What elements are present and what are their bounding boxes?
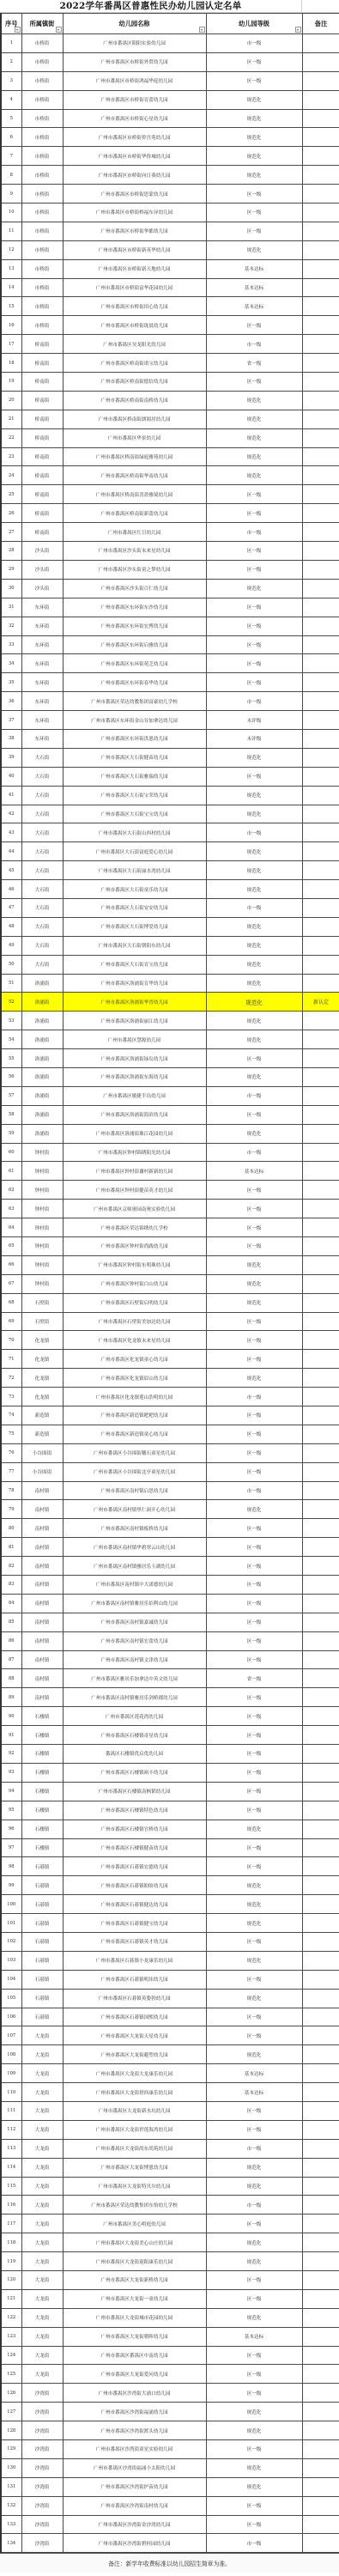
cell-level: 区一级 <box>206 485 302 504</box>
cell-index: 5 <box>1 109 21 128</box>
cell-index: 42 <box>1 805 21 823</box>
cell-town: 钟村街 <box>21 1200 63 1218</box>
table-row: 20 桥南街 广州市番禺区桥南街南桥幼儿园 规范化 <box>1 391 339 410</box>
cell-kindergarten-name: 广州市番禺区大石街健苗幼儿园 <box>63 748 206 767</box>
cell-town: 沙湾街 <box>21 2496 63 2515</box>
cell-level: 区一级 <box>206 1932 302 1951</box>
cell-town: 市桥街 <box>21 128 63 147</box>
cell-town: 桥南街 <box>21 523 63 542</box>
cell-kindergarten-name: 广州市番禺区东环街苑芝幼儿园 <box>63 654 206 673</box>
cell-note <box>302 1726 339 1745</box>
cell-kindergarten-name: 广州市番禺区石碁镇健宝幼儿园 <box>63 1914 206 1933</box>
cell-town: 大龙街 <box>21 2346 63 2365</box>
cell-index: 50 <box>1 955 21 974</box>
cell-note <box>302 466 339 485</box>
cell-kindergarten-name: 广州市番禺区南村镇板桥幼儿园 <box>63 1519 206 1538</box>
cell-level: 区一级 <box>206 52 302 71</box>
cell-level: 规范化 <box>206 1274 302 1293</box>
cell-town: 南村镇 <box>21 1538 63 1557</box>
cell-town: 大龙街 <box>21 2064 63 2083</box>
table-row: 16 市桥街 广州市番禺区市桥街珑晨幼儿园 区一级 <box>1 316 339 335</box>
cell-note <box>302 729 339 748</box>
cell-note: 新认定 <box>302 993 339 1012</box>
cell-index: 54 <box>1 1030 21 1049</box>
cell-kindergarten-name: 广州市番禺区南村镇启思幼儿园 <box>63 1481 206 1500</box>
cell-note <box>302 128 339 147</box>
cell-level: 区一级 <box>206 598 302 617</box>
cell-index: 23 <box>1 447 21 466</box>
cell-level: 区一级 <box>206 71 302 90</box>
cell-note <box>302 109 339 128</box>
cell-index: 29 <box>1 560 21 579</box>
cell-town: 大龙街 <box>21 2252 63 2271</box>
cell-town: 大龙街 <box>21 2289 63 2308</box>
table-row: 55 洛浦街 广州市番禺区洛浦街绿岛幼儿园 区一级 <box>1 1049 339 1068</box>
cell-kindergarten-name: 广州市番禺区大石街朝阳东幼儿园 <box>63 936 206 955</box>
cell-index: 63 <box>1 1200 21 1218</box>
cell-kindergarten-name: 广州市番禺区钟村街健苗英才幼儿园 <box>63 1181 206 1200</box>
cell-index: 78 <box>1 1481 21 1500</box>
cell-kindergarten-name: 广州市番禺区石楼镇健苗幼儿园 <box>63 1838 206 1857</box>
table-row: 48 大石街 广州市番禺区大石街博爱幼儿园 规范化 <box>1 917 339 936</box>
cell-town: 市桥街 <box>21 34 63 53</box>
cell-kindergarten-name: 广州市番禺区大石街山西村幼儿园 <box>63 823 206 842</box>
cell-level: 区一级 <box>206 1105 302 1124</box>
table-row: 79 南村镇 广州市番禺区南村镇里仁洞开心幼儿园 规范化 <box>1 1500 339 1519</box>
cell-level: 区一级 <box>206 1350 302 1369</box>
cell-kindergarten-name: 广州市番禺区大龙街傍西康乐幼儿园 <box>63 2083 206 2102</box>
table-row: 17 桥南街 广州市番禺区昊龙阳光幼儿园 市一级 <box>1 335 339 354</box>
cell-town: 市桥街 <box>21 147 63 166</box>
cell-kindergarten-name: 广州市番禺区桥南街朗阅居幼儿园 <box>63 410 206 428</box>
cell-town: 南村镇 <box>21 1631 63 1650</box>
table-row: 50 大石街 广州市番禺区大石街育宝幼儿园 规范化 <box>1 955 339 974</box>
cell-index: 132 <box>1 2496 21 2515</box>
cell-kindergarten-name: 广州市番禺区大龙街世莲海湾幼儿园 <box>63 2120 206 2139</box>
table-row: 69 石壁街 广州市番禺区石壁街美加达幼儿园 区一级 <box>1 1312 339 1331</box>
cell-town: 市桥街 <box>21 109 63 128</box>
cell-town: 洛浦街 <box>21 1067 63 1086</box>
table-row: 25 桥南街 广州市番禺区桥南街喜盈雅境幼儿园 区一级 <box>1 485 339 504</box>
cell-level: 区一级 <box>206 1801 302 1820</box>
cell-level: 区一级 <box>206 1970 302 1989</box>
cell-note <box>302 1500 339 1519</box>
cell-kindergarten-name: 广州市番禺区东环街洪恩幼儿园 <box>63 729 206 748</box>
table-row: 37 东环街 广州市番禺区东环街金山谷加拿达幼儿园 未评级 <box>1 711 339 730</box>
column-header-label: 备注 <box>315 20 327 27</box>
cell-note <box>302 34 339 53</box>
cell-note <box>302 1932 339 1951</box>
table-row: 11 市桥街 广州市番禺区市桥街华都幼儿园 区一级 <box>1 222 339 240</box>
cell-note <box>302 880 339 899</box>
cell-kindergarten-name: 广州市番禺区大龙街大龙康乐幼儿园 <box>63 2064 206 2083</box>
cell-kindergarten-name: 广州市番禺区市桥街侨宫苑幼儿园 <box>63 128 206 147</box>
cell-town: 石碁镇 <box>21 1989 63 2008</box>
cell-level: 规范化 <box>206 748 302 767</box>
table-row: 14 市桥街 广州市番禺区市桥街富华花园幼儿园 基本达标 <box>1 278 339 297</box>
cell-note <box>302 1669 339 1688</box>
cell-town: 大龙街 <box>21 2158 63 2177</box>
cell-note <box>302 917 339 936</box>
table-row: 54 洛浦街 广州市番禺区慧源幼儿园 规范化 <box>1 1030 339 1049</box>
filter-dropdown-icon[interactable] <box>56 27 62 33</box>
table-row: 126 沙湾街 广州市番禺区沙湾街大涌口幼儿园 区一级 <box>1 2384 339 2403</box>
cell-note <box>302 2120 339 2139</box>
cell-index: 120 <box>1 2270 21 2289</box>
cell-town: 洛浦街 <box>21 1012 63 1030</box>
cell-kindergarten-name: 广州市番禺区大石街富庭爱心幼儿园 <box>63 842 206 861</box>
cell-town: 沙湾街 <box>21 2458 63 2477</box>
cell-kindergarten-name: 广州市番禺区大龙街迎阳康乐幼儿园 <box>63 2252 206 2271</box>
table-row: 61 钟村街 广州市番禺区钟村街谢村新新幼儿园 基本达标 <box>1 1162 339 1181</box>
cell-town: 大石街 <box>21 786 63 805</box>
table-row: 33 东环街 广州市番禺区东环街启雅幼儿园 区一级 <box>1 635 339 654</box>
cell-town: 大石街 <box>21 955 63 974</box>
cell-kindergarten-name: 广州市番禺区大龙街朝晖幼儿园 <box>63 2327 206 2346</box>
cell-index: 95 <box>1 1801 21 1820</box>
table-row: 85 南村镇 广州市番禺区南村镇嘉诚幼儿园 区一级 <box>1 1613 339 1631</box>
cell-index: 11 <box>1 222 21 240</box>
cell-note <box>302 1255 339 1274</box>
cell-note <box>302 1425 339 1443</box>
cell-index: 84 <box>1 1594 21 1613</box>
cell-kindergarten-name: 广州市番禺区化龙镇莲山浩明幼儿园 <box>63 1388 206 1406</box>
cell-level: 规范化 <box>206 805 302 823</box>
filter-dropdown-icon[interactable] <box>199 27 205 33</box>
title-empty-cell <box>301 0 339 12</box>
cell-town: 东环街 <box>21 692 63 711</box>
cell-note <box>302 1576 339 1595</box>
cell-kindergarten-name: 广州市番禺区南村镇文津幼儿园 <box>63 1650 206 1669</box>
cell-index: 124 <box>1 2346 21 2365</box>
table-row: 70 化龙镇 广州市番禺区化龙镇未来星幼儿园 区一级 <box>1 1331 339 1350</box>
cell-kindergarten-name: 广州市番禺区桥南街诺宝幼儿园 <box>63 354 206 373</box>
cell-kindergarten-name: 广州市番禺区南村镇雅居乐剑桥郡幼儿园 <box>63 1688 206 1707</box>
cell-town: 大石街 <box>21 861 63 880</box>
table-row: 19 桥南街 广州市番禺区桥南街德信幼儿园 区一级 <box>1 373 339 392</box>
table-row: 49 大石街 广州市番禺区大石街朝阳东幼儿园 规范化 <box>1 936 339 955</box>
cell-town: 洛浦街 <box>21 1049 63 1068</box>
cell-town: 钟村街 <box>21 1143 63 1162</box>
table-row: 24 桥南街 广州市番禺区桥南街华南幼儿园 规范化 <box>1 466 339 485</box>
cell-note <box>302 635 339 654</box>
cell-note <box>302 1181 339 1200</box>
cell-note <box>302 1594 339 1613</box>
cell-note <box>302 2308 339 2327</box>
table-row: 22 桥南街 广州市番禺区华景幼儿园 规范化 <box>1 428 339 447</box>
cell-index: 75 <box>1 1425 21 1443</box>
cell-town: 大石街 <box>21 917 63 936</box>
column-header-label: 幼儿园名称 <box>119 20 150 27</box>
cell-index: 53 <box>1 1012 21 1030</box>
cell-town: 桥南街 <box>21 335 63 354</box>
cell-kindergarten-name: 广州市番禺区钟村街尚践幼儿园 <box>63 1237 206 1256</box>
cell-level: 区一级 <box>206 2496 302 2515</box>
cell-index: 122 <box>1 2308 21 2327</box>
cell-level: 区一级 <box>206 1200 302 1218</box>
column-header-label: 所属镇街 <box>30 20 55 27</box>
cell-note <box>302 1218 339 1237</box>
cell-level: 规范化 <box>206 1124 302 1143</box>
cell-kindergarten-name: 广州市番禺区敏捷半岛幼儿园 <box>63 1086 206 1105</box>
cell-note <box>302 2252 339 2271</box>
table-row: 12 市桥街 广州市番禺区市桥街新英华幼儿园 规范化 <box>1 240 339 259</box>
table-row: 122 大龙街 广州市番禺区大龙街城市花园幼儿园 规范化 <box>1 2308 339 2327</box>
cell-town: 大石街 <box>21 823 63 842</box>
cell-kindergarten-name: 广州市番禺区大石街宝荣幼儿园 <box>63 786 206 805</box>
cell-index: 39 <box>1 748 21 767</box>
cell-index: 103 <box>1 1951 21 1970</box>
table-row: 62 钟村街 广州市番禺区钟村街健苗英才幼儿园 区一级 <box>1 1181 339 1200</box>
cell-town: 洛浦街 <box>21 1086 63 1105</box>
cell-level: 基本达标 <box>206 278 302 297</box>
cell-index: 44 <box>1 842 21 861</box>
filter-dropdown-icon[interactable] <box>15 27 21 33</box>
cell-level: 规范化 <box>206 466 302 485</box>
cell-index: 51 <box>1 974 21 993</box>
cell-town: 石碁镇 <box>21 1876 63 1895</box>
table-row: 125 大龙街 广州市番禺区大龙街爱问幼儿园 区一级 <box>1 2365 339 2384</box>
cell-town: 化龙镇 <box>21 1350 63 1369</box>
cell-level: 区一级 <box>206 2440 302 2459</box>
cell-index: 58 <box>1 1105 21 1124</box>
cell-level: 规范化 <box>206 2177 302 2196</box>
cell-kindergarten-name: 广州市番禺区东环街启雅幼儿园 <box>63 635 206 654</box>
cell-note <box>302 1782 339 1801</box>
cell-note <box>302 1951 339 1970</box>
cell-level: 规范化 <box>206 147 302 166</box>
filter-dropdown-icon[interactable] <box>295 27 301 33</box>
table-row: 36 东环街 广州市番禺区荣达幼教集团富豪幼儿学校 市一级 <box>1 692 339 711</box>
cell-level: 市一级 <box>206 1143 302 1162</box>
cell-note <box>302 222 339 240</box>
cell-note <box>302 598 339 617</box>
cell-note <box>302 2346 339 2365</box>
cell-level: 市一级 <box>206 1481 302 1500</box>
cell-index: 12 <box>1 240 21 259</box>
cell-note <box>302 1443 339 1462</box>
cell-level: 区一级 <box>206 2384 302 2403</box>
cell-town: 石碁镇 <box>21 1857 63 1876</box>
cell-kindergarten-name: 广州市番禺区桥南街南桥幼儿园 <box>63 391 206 410</box>
table-row: 35 东环街 广州市番禺区东环街春华幼儿园 区一级 <box>1 673 339 692</box>
table-row: 78 南村镇 广州市番禺区南村镇启思幼儿园 市一级 <box>1 1481 339 1500</box>
table-row: 1 市桥街 广州市番禺区阳阳实验幼儿园 市一级 <box>1 34 339 53</box>
cell-index: 104 <box>1 1970 21 1989</box>
cell-index: 26 <box>1 504 21 523</box>
cell-level: 基本达标 <box>206 259 302 278</box>
cell-note <box>302 673 339 692</box>
cell-index: 9 <box>1 185 21 204</box>
cell-index: 41 <box>1 786 21 805</box>
cell-level: 规范化 <box>206 2045 302 2064</box>
cell-kindergarten-name: 广州市番禺区石碁镇健达幼儿园 <box>63 1895 206 1914</box>
cell-index: 18 <box>1 354 21 373</box>
table-row: 95 石楼镇 广州市番禺区石楼镇特色幼儿园 区一级 <box>1 1801 339 1820</box>
cell-level: 规范化 <box>206 428 302 447</box>
cell-index: 56 <box>1 1067 21 1086</box>
cell-kindergarten-name: 广州市番禺区大石街童乐幼儿园 <box>63 880 206 899</box>
cell-index: 134 <box>1 2534 21 2553</box>
cell-town: 石楼镇 <box>21 1820 63 1838</box>
cell-town: 东环街 <box>21 654 63 673</box>
cell-town: 沙湾街 <box>21 2440 63 2459</box>
cell-kindergarten-name: 广州市番禺区洛浦街丽江幼儿园 <box>63 1012 206 1030</box>
cell-level: 规范化 <box>206 1255 302 1274</box>
cell-kindergarten-name: 广州市番禺区石楼镇特色幼儿园 <box>63 1801 206 1820</box>
cell-index: 17 <box>1 335 21 354</box>
cell-index: 100 <box>1 1895 21 1914</box>
cell-note <box>302 166 339 185</box>
cell-index: 116 <box>1 2196 21 2215</box>
cell-index: 64 <box>1 1218 21 1237</box>
table-row: 84 南村镇 广州市番禺区南村镇雅居乐佰利山幼儿园 区一级 <box>1 1594 339 1613</box>
table-row: 102 石碁镇 广州市番禺区石碁镇英才幼儿园 区一级 <box>1 1932 339 1951</box>
cell-note <box>302 974 339 993</box>
cell-index: 15 <box>1 297 21 316</box>
table-row: 90 石楼镇 广州市番禺区莲花湾幼儿园 区一级 <box>1 1707 339 1726</box>
cell-town: 市桥街 <box>21 278 63 297</box>
cell-town: 市桥街 <box>21 316 63 335</box>
cell-note <box>302 861 339 880</box>
cell-index: 117 <box>1 2215 21 2233</box>
cell-kindergarten-name: 广州市番禺区大石街雅瑞幼儿园 <box>63 767 206 786</box>
cell-kindergarten-name: 广州市番禺区大龙街新桥幼儿园 <box>63 2270 206 2289</box>
cell-kindergarten-name: 广州市番禺区大龙街特贝尔幼儿园 <box>63 2177 206 2196</box>
cell-level: 规范化 <box>206 974 302 993</box>
cell-town: 石壁街 <box>21 1312 63 1331</box>
cell-town: 石碁镇 <box>21 1895 63 1914</box>
cell-kindergarten-name: 广州市番禺区沙湾街福涌幼儿园 <box>63 2403 206 2421</box>
cell-index: 105 <box>1 1989 21 2008</box>
cell-kindergarten-name: 广州市番禺区大石街丽水湾幼儿园 <box>63 861 206 880</box>
table-row: 124 大龙街 广州市番禺区番禺区中南幼儿园 区一级 <box>1 2346 339 2365</box>
cell-town: 大龙街 <box>21 2233 63 2252</box>
cell-index: 88 <box>1 1669 21 1688</box>
cell-note <box>302 259 339 278</box>
cell-kindergarten-name: 番禺区石楼镇优启优幼儿园 <box>63 1745 206 1764</box>
column-header-label: 幼儿园等级 <box>239 20 269 27</box>
cell-town: 大石街 <box>21 767 63 786</box>
cell-index: 66 <box>1 1255 21 1274</box>
cell-index: 87 <box>1 1650 21 1669</box>
cell-index: 25 <box>1 485 21 504</box>
cell-kindergarten-name: 广州市番禺区市桥街外贸幼儿园 <box>63 52 206 71</box>
cell-kindergarten-name: 广州市番禺区桥南街绿庭雅苑幼儿园 <box>63 447 206 466</box>
cell-kindergarten-name: 广州市番禺区荣达幼教集团东怡幼儿学校 <box>63 2196 206 2215</box>
cell-town: 洛浦街 <box>21 1124 63 1143</box>
cell-note <box>302 2233 339 2252</box>
cell-kindergarten-name: 广州市番禺区石楼镇奇星幼儿园 <box>63 1726 206 1745</box>
cell-town: 市桥街 <box>21 185 63 204</box>
cell-index: 83 <box>1 1576 21 1595</box>
cell-index: 99 <box>1 1876 21 1895</box>
cell-level: 规范化 <box>206 1895 302 1914</box>
cell-index: 8 <box>1 166 21 185</box>
cell-index: 125 <box>1 2365 21 2384</box>
cell-town: 洛浦街 <box>21 974 63 993</box>
cell-level: 规范化 <box>206 1067 302 1086</box>
cell-level: 规范化 <box>206 109 302 128</box>
table-row: 134 沙湾街 广州市番禺区沙湾街碧桂园幼儿园 市一级 <box>1 2534 339 2553</box>
cell-level: 区一级 <box>206 673 302 692</box>
table-row: 131 沙湾街 广州市番禺区沙湾街护苗幼儿园 规范化 <box>1 2477 339 2496</box>
cell-note <box>302 1105 339 1124</box>
cell-level: 区一级 <box>206 185 302 204</box>
cell-index: 36 <box>1 692 21 711</box>
cell-level: 规范化 <box>206 2421 302 2440</box>
table-row: 39 大石街 广州市番禺区大石街健苗幼儿园 规范化 <box>1 748 339 767</box>
cell-note <box>302 805 339 823</box>
cell-level: 规范化 <box>206 1500 302 1519</box>
cell-level: 区一级 <box>206 1726 302 1745</box>
cell-index: 111 <box>1 2101 21 2120</box>
cell-index: 92 <box>1 1745 21 1764</box>
cell-index: 90 <box>1 1707 21 1726</box>
cell-level: 基本达标 <box>206 2327 302 2346</box>
cell-note <box>302 1745 339 1764</box>
cell-kindergarten-name: 广州市番禺区石楼镇裕丰幼儿园 <box>63 1763 206 1782</box>
cell-index: 49 <box>1 936 21 955</box>
cell-level: 区一级 <box>206 204 302 222</box>
cell-kindergarten-name: 广州市番禺区南村镇中大诺德幼儿园 <box>63 1576 206 1595</box>
column-header-town: 所属镇街 <box>21 14 63 34</box>
cell-index: 35 <box>1 673 21 692</box>
table-row: 118 大龙街 广州市番禺区大龙街美心山庄幼儿园 规范化 <box>1 2233 339 2252</box>
cell-town: 沙头街 <box>21 579 63 598</box>
cell-level: 区一级 <box>206 1707 302 1726</box>
cell-index: 81 <box>1 1538 21 1557</box>
table-row: 98 石碁镇 广州市番禺区石碁镇宏德幼儿园 区一级 <box>1 1857 339 1876</box>
cell-level: 区一级 <box>206 2270 302 2289</box>
cell-index: 93 <box>1 1763 21 1782</box>
cell-index: 24 <box>1 466 21 485</box>
table-row: 45 大石街 广州市番禺区大石街丽水湾幼儿园 规范化 <box>1 861 339 880</box>
cell-index: 110 <box>1 2083 21 2102</box>
table-row: 129 沙湾街 广州市番禺区沙湾街童星实验幼儿园 区一级 <box>1 2440 339 2459</box>
cell-town: 新造镇 <box>21 1425 63 1443</box>
cell-level: 区一级 <box>206 1557 302 1576</box>
cell-town: 大龙街 <box>21 2120 63 2139</box>
cell-note <box>302 2384 339 2403</box>
cell-level: 规范化 <box>206 1820 302 1838</box>
cell-index: 118 <box>1 2233 21 2252</box>
cell-level: 区一级 <box>206 1838 302 1857</box>
cell-town: 南村镇 <box>21 1594 63 1613</box>
cell-kindergarten-name: 广州市番禺区市桥街桥福东异幼儿园 <box>63 204 206 222</box>
page-title: 2022学年番禺区普惠性民办幼儿园认定名单 <box>0 0 301 12</box>
cell-kindergarten-name: 广州市番禺区沙头街未来星幼儿园 <box>63 542 206 561</box>
cell-town: 南村镇 <box>21 1500 63 1519</box>
table-row: 63 钟村街 广州市番禺区京师奥园南奥实验幼儿园 区一级 <box>1 1200 339 1218</box>
cell-note <box>302 428 339 447</box>
cell-note <box>302 2496 339 2515</box>
table-row: 108 大龙街 广州市番禺区大龙街避塑幼儿园 规范化 <box>1 2045 339 2064</box>
cell-kindergarten-name: 广州市番禺区大龙街一童幼儿园 <box>63 2289 206 2308</box>
cell-note <box>302 2458 339 2477</box>
cell-index: 55 <box>1 1049 21 1068</box>
cell-index: 133 <box>1 2515 21 2534</box>
cell-kindergarten-name: 广州市番禺区洛浦街东海幼儿园 <box>63 1067 206 1086</box>
cell-kindergarten-name: 广州市番禺区大石街安安幼儿园 <box>63 898 206 917</box>
cell-note <box>302 485 339 504</box>
cell-note <box>302 1989 339 2008</box>
cell-kindergarten-name: 广州市番禺区新造镇耙耙幼儿园 <box>63 1406 206 1425</box>
cell-note <box>302 2083 339 2102</box>
table-row: 103 石碁镇 广州市番禺区石碁镇小龙康乐幼儿园 规范化 <box>1 1951 339 1970</box>
cell-kindergarten-name: 广州市番禺区荣达锦绣幼儿学校 <box>63 1218 206 1237</box>
cell-level: 区一级 <box>206 560 302 579</box>
